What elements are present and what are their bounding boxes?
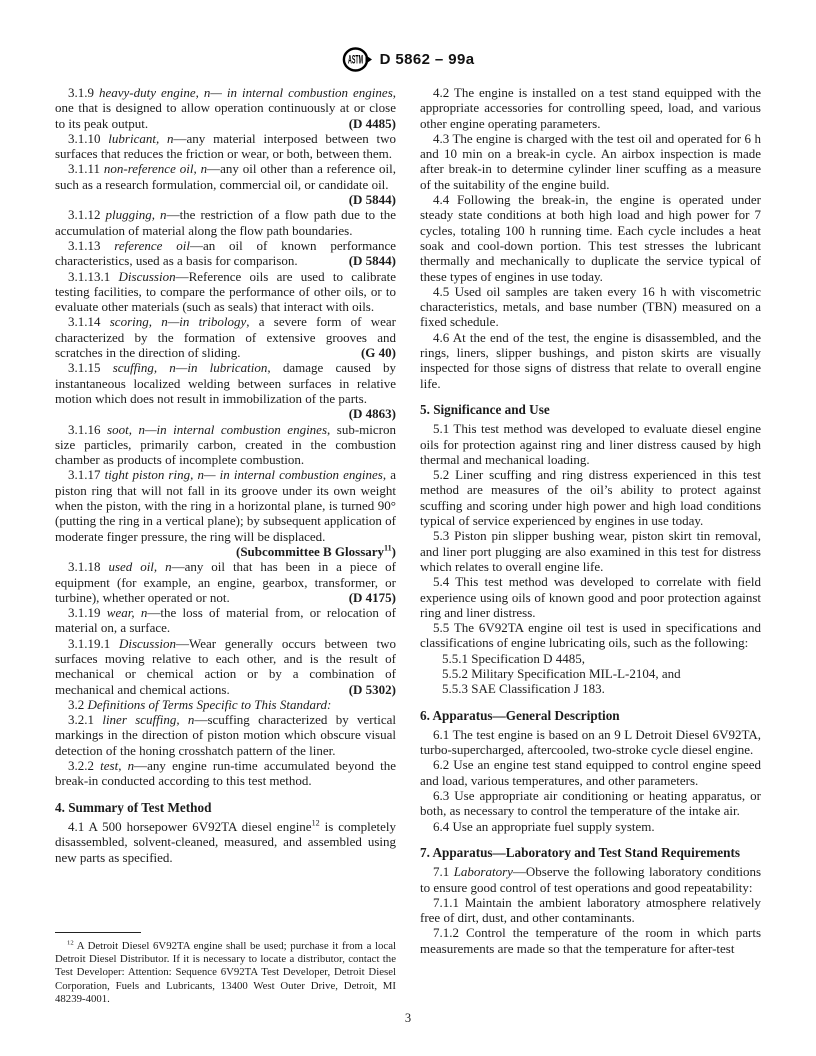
body-paragraph: 3.1.10 lubricant, n—any material interpo… xyxy=(55,131,396,162)
body-paragraph: 3.1.16 soot, n—in internal combustion en… xyxy=(55,422,396,468)
body-paragraph: 6.2 Use an engine test stand equipped to… xyxy=(420,757,761,788)
section-heading: 6. Apparatus—General Description xyxy=(420,708,761,723)
body-paragraph: 4.5 Used oil samples are taken every 16 … xyxy=(420,284,761,330)
body-paragraph: 7.1.1 Maintain the ambient laboratory at… xyxy=(420,895,761,926)
body-paragraph: 5.5.2 Military Specification MIL-L-2104,… xyxy=(420,666,761,681)
body-paragraph: 3.1.15 scuffing, n—in lubrication, damag… xyxy=(55,360,396,406)
body-paragraph: 5.5.3 SAE Classification J 183. xyxy=(420,681,761,696)
body-paragraph: 6.1 The test engine is based on an 9 L D… xyxy=(420,727,761,758)
body-paragraph: 3.2.2 test, n—any engine run-time accumu… xyxy=(55,758,396,789)
reference-line: (D 4863) xyxy=(55,406,396,421)
body-paragraph: 3.1.12 plugging, n—the restriction of a … xyxy=(55,207,396,238)
body-paragraph: 3.1.9 heavy-duty engine, n— in internal … xyxy=(55,85,396,131)
body-paragraph: 3.1.18 used oil, n—any oil that has been… xyxy=(55,559,396,605)
body-paragraph: 4.2 The engine is installed on a test st… xyxy=(420,85,761,131)
body-paragraph: 3.1.19 wear, n—the loss of material from… xyxy=(55,605,396,636)
footnote-rule xyxy=(55,932,141,933)
page-header: ASTM D 5862 – 99a xyxy=(0,46,816,73)
body-paragraph: 3.1.17 tight piston ring, n— in internal… xyxy=(55,467,396,543)
section-heading: 7. Apparatus—Laboratory and Test Stand R… xyxy=(420,845,761,860)
body-paragraph: 3.2 Definitions of Terms Specific to Thi… xyxy=(55,697,396,712)
body-paragraph: 6.4 Use an appropriate fuel supply syste… xyxy=(420,819,761,834)
body-paragraph: 7.1.2 Control the temperature of the roo… xyxy=(420,925,761,956)
body-paragraph: 4.3 The engine is charged with the test … xyxy=(420,131,761,192)
page-number: 3 xyxy=(0,1011,816,1026)
body-paragraph: 5.1 This test method was developed to ev… xyxy=(420,421,761,467)
body-paragraph: 3.2.1 liner scuffing, n—scuffing charact… xyxy=(55,712,396,758)
body-paragraph: 5.5 The 6V92TA engine oil test is used i… xyxy=(420,620,761,651)
right-column: 4.2 The engine is installed on a test st… xyxy=(420,85,761,1006)
section-heading: 5. Significance and Use xyxy=(420,402,761,417)
body-paragraph: 5.3 Piston pin slipper bushing wear, pis… xyxy=(420,528,761,574)
body-paragraph: 3.1.11 non-reference oil, n—any oil othe… xyxy=(55,161,396,207)
body-paragraph: 3.1.13 reference oil—an oil of known per… xyxy=(55,238,396,269)
body-paragraph: 5.2 Liner scuffing and ring distress exp… xyxy=(420,467,761,528)
body-paragraph: 3.1.13.1 Discussion—Reference oils are u… xyxy=(55,269,396,315)
body-paragraph: 4.1 A 500 horsepower 6V92TA diesel engin… xyxy=(55,819,396,865)
body-paragraph: 3.1.14 scoring, n—in tribology, a severe… xyxy=(55,314,396,360)
body-paragraph: 7.1 Laboratory—Observe the following lab… xyxy=(420,864,761,895)
body-paragraph: 5.5.1 Specification D 4485, xyxy=(420,651,761,666)
body-paragraph: 4.6 At the end of the test, the engine i… xyxy=(420,330,761,391)
reference-line: (Subcommittee B Glossary11) xyxy=(55,544,396,559)
astm-logo-icon: ASTM xyxy=(342,46,372,73)
body-paragraph: 3.1.19.1 Discussion—Wear generally occur… xyxy=(55,636,396,697)
body-paragraph: 6.3 Use appropriate air conditioning or … xyxy=(420,788,761,819)
body-paragraph: 4.4 Following the break-in, the engine i… xyxy=(420,192,761,284)
body-paragraph: 5.4 This test method was developed to co… xyxy=(420,574,761,620)
document-page: ASTM D 5862 – 99a 3.1.9 heavy-duty engin… xyxy=(0,0,816,1056)
svg-text:ASTM: ASTM xyxy=(348,55,363,67)
left-column: 3.1.9 heavy-duty engine, n— in internal … xyxy=(55,85,396,1006)
standard-code: D 5862 – 99a xyxy=(380,51,475,68)
footnote-text: 12 A Detroit Diesel 6V92TA engine shall … xyxy=(55,940,396,1006)
section-heading: 4. Summary of Test Method xyxy=(55,800,396,815)
text-body: 3.1.9 heavy-duty engine, n— in internal … xyxy=(55,85,761,1006)
